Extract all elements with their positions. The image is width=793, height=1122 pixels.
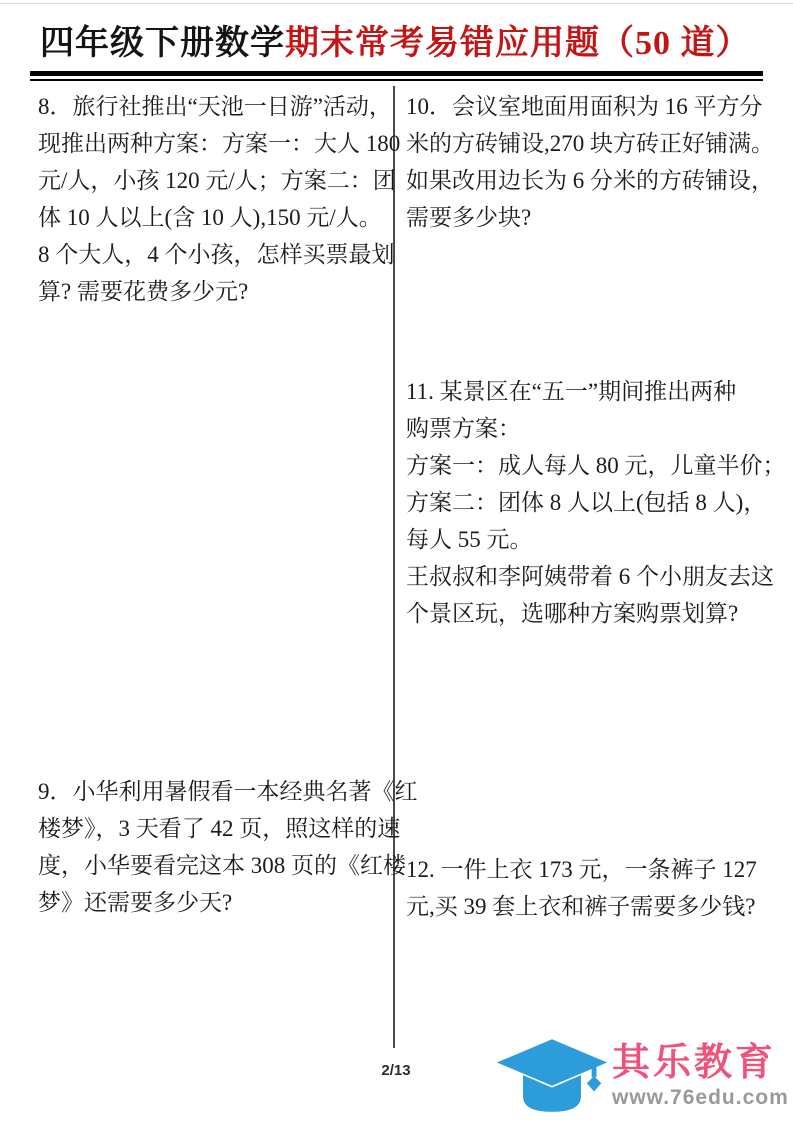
- title-red-part: 期末常考易错应用题（50 道）: [285, 25, 751, 62]
- problem-10: 10．会议室地面用面积为 16 平方分 米的方砖铺设,270 块方砖正好铺满。 …: [406, 88, 772, 236]
- problem-line: 如果改用边长为 6 分米的方砖铺设，: [406, 162, 772, 199]
- column-divider: [393, 86, 395, 1048]
- title-double-rule: [30, 71, 763, 81]
- problem-line: 方案二：团体 8 人以上(包括 8 人)，: [406, 484, 772, 521]
- problem-12: 12. 一件上衣 173 元，一条裤子 127 元,买 39 套上衣和裤子需要多…: [406, 851, 772, 925]
- problem-line: 算? 需要花费多少元?: [38, 273, 390, 310]
- page-number: 2/13: [346, 1062, 446, 1079]
- brand-text-block: 其乐教育 www.76edu.com: [612, 1036, 789, 1110]
- problem-line: 米的方砖铺设,270 块方砖正好铺满。: [406, 125, 772, 162]
- title-black-part: 四年级下册数学: [40, 25, 285, 62]
- brand-logo: 其乐教育 www.76edu.com: [494, 1036, 784, 1118]
- problem-line: 9．小华利用暑假看一本经典名著《红: [38, 773, 390, 810]
- problem-11: 11. 某景区在“五一”期间推出两种 购票方案： 方案一：成人每人 80 元，儿…: [406, 373, 772, 632]
- problem-9: 9．小华利用暑假看一本经典名著《红 楼梦》，3 天看了 42 页，照这样的速 度…: [38, 773, 390, 921]
- problem-line: 需要多少块?: [406, 199, 772, 236]
- problem-line: 每人 55 元。: [406, 521, 772, 558]
- page-top-rule: [0, 3, 793, 4]
- problem-line: 12. 一件上衣 173 元，一条裤子 127: [406, 851, 772, 888]
- problem-line: 8．旅行社推出“天池一日游”活动，: [38, 88, 390, 125]
- problem-line: 现推出两种方案：方案一：大人 180: [38, 125, 390, 162]
- problem-8: 8．旅行社推出“天池一日游”活动， 现推出两种方案：方案一：大人 180 元/人…: [38, 88, 390, 310]
- problem-line: 体 10 人以上(含 10 人),150 元/人。: [38, 199, 390, 236]
- problem-line: 8 个大人，4 个小孩，怎样买票最划: [38, 236, 390, 273]
- problem-line: 楼梦》，3 天看了 42 页，照这样的速: [38, 810, 390, 847]
- brand-url: www.76edu.com: [612, 1086, 789, 1110]
- problem-line: 王叔叔和李阿姨带着 6 个小朋友去这: [406, 558, 772, 595]
- worksheet-page: 四年级下册数学期末常考易错应用题（50 道） 8．旅行社推出“天池一日游”活动，…: [0, 0, 793, 1122]
- problem-line: 度，小华要看完这本 308 页的《红楼: [38, 847, 390, 884]
- problem-line: 元/人，小孩 120 元/人；方案二：团: [38, 162, 390, 199]
- problem-line: 方案一：成人每人 80 元，儿童半价；: [406, 447, 772, 484]
- problem-line: 个景区玩，选哪种方案购票划算?: [406, 595, 772, 632]
- problem-line: 11. 某景区在“五一”期间推出两种: [406, 373, 772, 410]
- problem-line: 购票方案：: [406, 410, 772, 447]
- problem-line: 梦》还需要多少天?: [38, 884, 390, 921]
- problem-line: 元,买 39 套上衣和裤子需要多少钱?: [406, 888, 772, 925]
- graduation-cap-icon: [494, 1036, 610, 1118]
- page-title: 四年级下册数学期末常考易错应用题（50 道）: [40, 22, 780, 66]
- problem-line: 10．会议室地面用面积为 16 平方分: [406, 88, 772, 125]
- brand-name: 其乐教育: [612, 1042, 789, 1084]
